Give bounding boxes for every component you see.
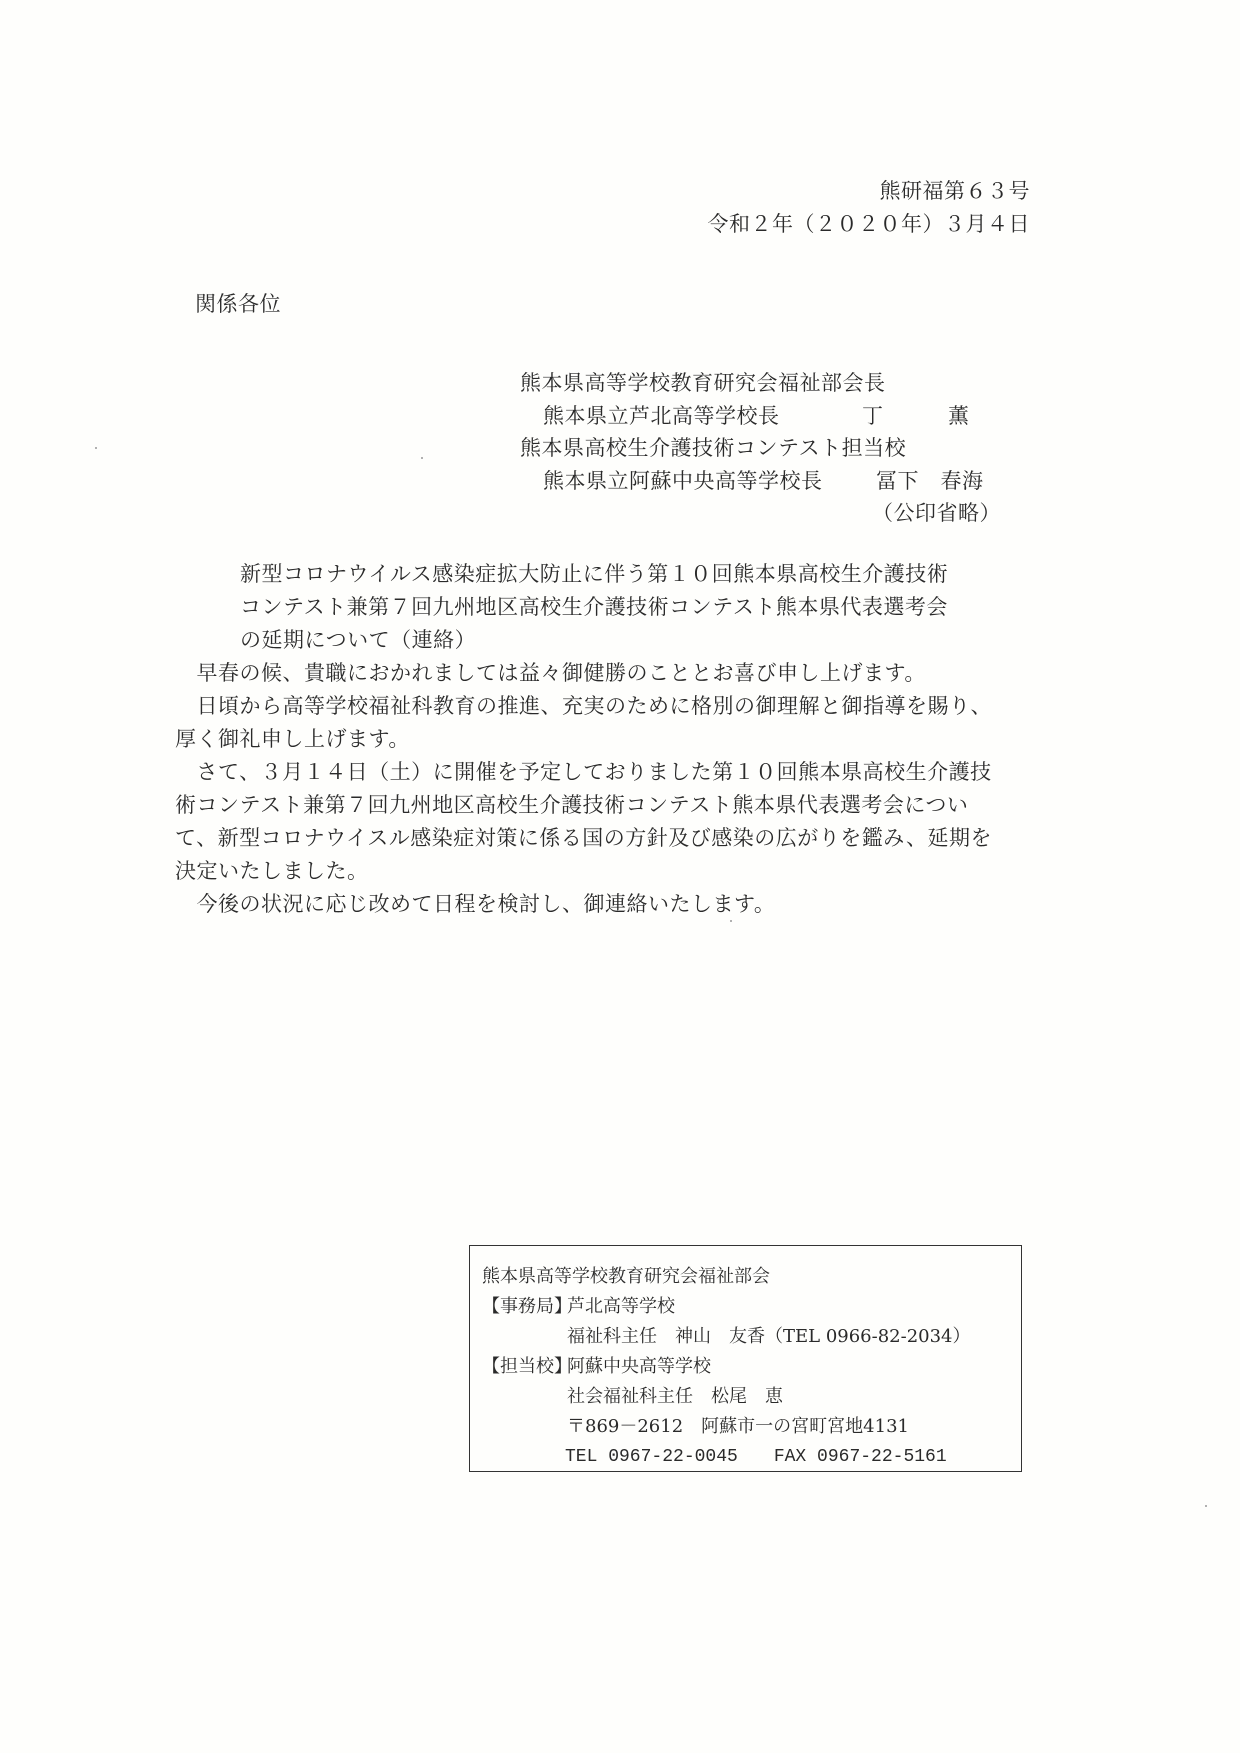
address: 〒869－2612 阿蘇市一の宮町宮地4131 <box>567 1416 909 1438</box>
body-line: 今後の状況に応じ改めて日程を検討し、御連絡いたします。 <box>175 891 775 917</box>
body-line: さて、３月１４日（土）に開催を予定しておりました第１０回熊本県高校生介護技 <box>175 759 992 785</box>
document-number: 熊研福第６３号 <box>700 178 1030 204</box>
seal-note: （公印省略） <box>872 500 1001 526</box>
body-line: 術コンテスト兼第７回九州地区高校生介護技術コンテスト熊本県代表選考会につい <box>175 792 968 818</box>
subject-line: コンテスト兼第７回九州地区高校生介護技術コンテスト熊本県代表選考会 <box>240 594 948 620</box>
sender-org-2: 熊本県高校生介護技術コンテスト担当校 <box>520 435 906 461</box>
subject-line: 新型コロナウイルス感染症拡大防止に伴う第１０回熊本県高校生介護技術 <box>240 561 948 587</box>
scan-speck <box>421 457 423 459</box>
charge-person: 社会福祉科主任 松尾 恵 <box>567 1386 783 1408</box>
office-label: 【事務局】 <box>482 1296 572 1318</box>
sender-name-2: 冨下 春海 <box>876 468 984 494</box>
sender-name-1: 丁 薫 <box>862 403 970 429</box>
body-line: 早春の候、貴職におかれましては益々御健勝のこととお喜び申し上げます。 <box>175 660 926 686</box>
body-line: 決定いたしました。 <box>175 858 369 884</box>
scan-speck <box>1205 1505 1207 1507</box>
recipient: 関係各位 <box>195 291 281 317</box>
subject-line: の延期について（連絡） <box>240 627 476 653</box>
contact-box: 熊本県高等学校教育研究会福祉部会 【事務局】 芦北高等学校 福祉科主任 神山 友… <box>469 1245 1022 1472</box>
sender-title-1: 熊本県立芦北高等学校長 <box>543 403 780 429</box>
scan-speck <box>95 447 97 449</box>
phone-fax: TEL 0967-22-0045 FAX 0967-22-5161 <box>565 1446 947 1468</box>
document-date: 令和２年（２０２０年）３月４日 <box>600 211 1030 237</box>
body-line: 厚く御礼申し上げます。 <box>175 726 410 752</box>
charge-school: 阿蘇中央高等学校 <box>567 1356 711 1378</box>
body-line: 日頃から高等学校福祉科教育の推進、充実のために格別の御理解と御指導を賜り、 <box>175 693 992 719</box>
sender-org-1: 熊本県高等学校教育研究会福祉部会長 <box>520 370 886 396</box>
scan-speck <box>730 920 732 922</box>
contact-org: 熊本県高等学校教育研究会福祉部会 <box>482 1266 770 1288</box>
sender-title-2: 熊本県立阿蘇中央高等学校長 <box>543 468 823 494</box>
office-person: 福祉科主任 神山 友香（TEL 0966-82-2034） <box>567 1326 971 1348</box>
body-line: て、新型コロナウイスル感染症対策に係る国の方針及び感染の広がりを鑑み、延期を <box>175 825 992 851</box>
charge-label: 【担当校】 <box>482 1356 572 1378</box>
office-school: 芦北高等学校 <box>567 1296 675 1318</box>
